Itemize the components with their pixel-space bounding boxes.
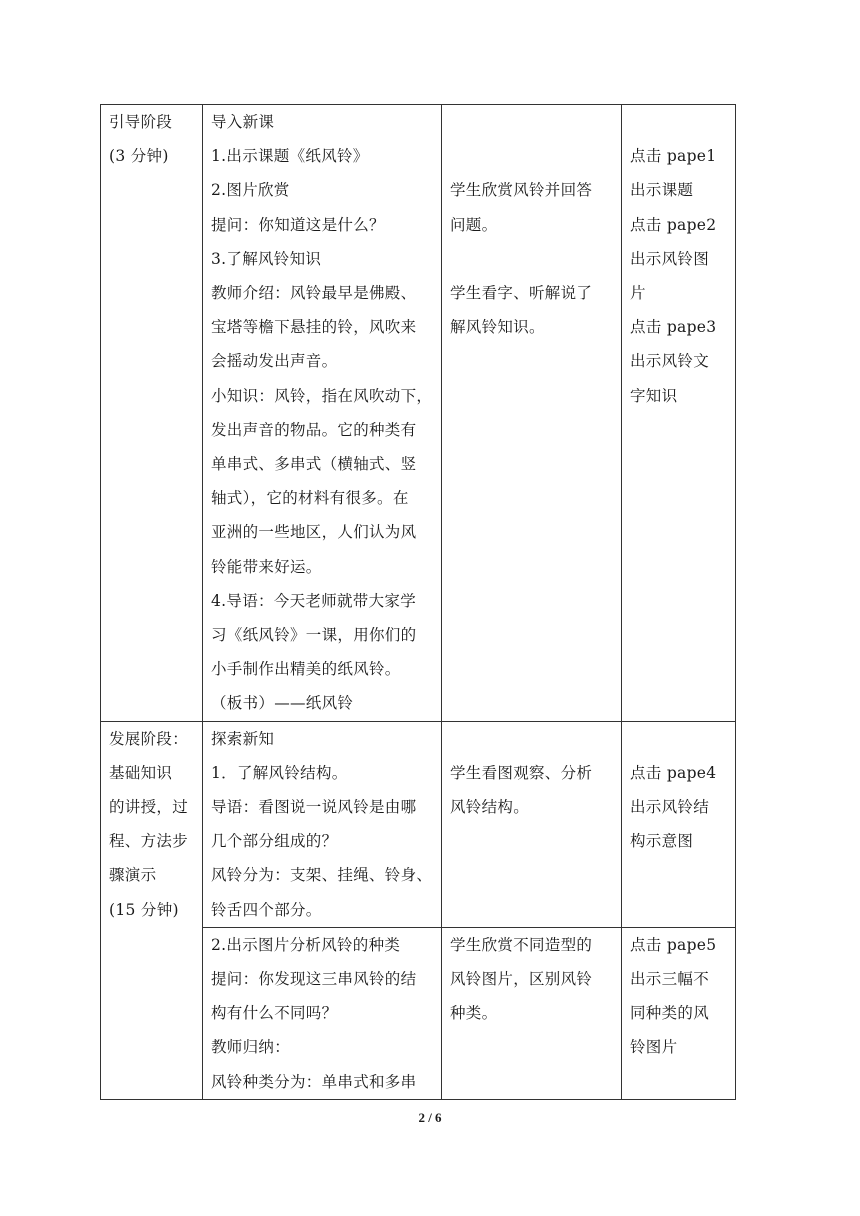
spacer bbox=[450, 242, 615, 276]
media-line: 点击 pape3 bbox=[630, 310, 729, 344]
student-line: 学生看字、听解说了 bbox=[450, 276, 615, 310]
spacer bbox=[630, 105, 729, 139]
teacher-line: 小手制作出精美的纸风铃。 bbox=[211, 652, 435, 686]
stage-line: (15 分钟) bbox=[109, 893, 196, 927]
teacher-line: 导入新课 bbox=[211, 105, 435, 139]
teacher-line: 轴式），它的材料有很多。在 bbox=[211, 481, 435, 515]
media-cell: 点击 pape1 出示课题 点击 pape2 出示风铃图 片 点击 pape3 … bbox=[622, 105, 736, 722]
stage-line: 引导阶段 bbox=[109, 105, 196, 139]
media-line: 点击 pape5 bbox=[630, 928, 729, 962]
teacher-line: 教师归纳： bbox=[211, 1030, 435, 1064]
spacer bbox=[450, 722, 615, 756]
media-line: 出示三幅不 bbox=[630, 962, 729, 996]
stage-cell: 引导阶段 (3 分钟) bbox=[101, 105, 203, 722]
teacher-line: 小知识：风铃，指在风吹动下， bbox=[211, 379, 435, 413]
media-line: 出示风铃图 bbox=[630, 242, 729, 276]
spacer bbox=[630, 722, 729, 756]
student-line: 问题。 bbox=[450, 208, 615, 242]
teacher-line: 单串式、多串式（横轴式、竖 bbox=[211, 447, 435, 481]
media-line: 点击 pape2 bbox=[630, 208, 729, 242]
page-indicator: 2 / 6 bbox=[0, 1110, 860, 1126]
student-line: 学生欣赏风铃并回答 bbox=[450, 173, 615, 207]
stage-line: 发展阶段： bbox=[109, 722, 196, 756]
media-line: 铃图片 bbox=[630, 1030, 729, 1064]
teacher-line: 习《纸风铃》一课，用你们的 bbox=[211, 618, 435, 652]
teacher-line: 发出声音的物品。它的种类有 bbox=[211, 413, 435, 447]
teacher-activity-cell: 导入新课 1.出示课题《纸风铃》 2.图片欣赏 提问：你知道这是什么？ 3.了解… bbox=[203, 105, 442, 722]
teacher-line: 1.出示课题《纸风铃》 bbox=[211, 139, 435, 173]
teacher-line: 2.图片欣赏 bbox=[211, 173, 435, 207]
teacher-line: 铃能带来好运。 bbox=[211, 550, 435, 584]
media-line: 出示风铃结 bbox=[630, 790, 729, 824]
teacher-line: 几个部分组成的？ bbox=[211, 824, 435, 858]
stage-line: 的讲授，过 bbox=[109, 790, 196, 824]
teacher-line: 2.出示图片分析风铃的种类 bbox=[211, 928, 435, 962]
media-line: 出示风铃文 bbox=[630, 344, 729, 378]
teacher-line: 3.了解风铃知识 bbox=[211, 242, 435, 276]
media-cell: 点击 pape4 出示风铃结 构示意图 bbox=[622, 721, 736, 927]
spacer bbox=[450, 139, 615, 173]
media-line: 片 bbox=[630, 276, 729, 310]
teacher-line: 会摇动发出声音。 bbox=[211, 344, 435, 378]
stage-line: 程、方法步 bbox=[109, 824, 196, 858]
lesson-plan-table: 引导阶段 (3 分钟) 导入新课 1.出示课题《纸风铃》 2.图片欣赏 提问：你… bbox=[100, 104, 736, 1100]
student-line: 解风铃知识。 bbox=[450, 310, 615, 344]
teacher-line: 风铃分为：支架、挂绳、铃身、 bbox=[211, 858, 435, 892]
teacher-line: 铃舌四个部分。 bbox=[211, 893, 435, 927]
media-line: 构示意图 bbox=[630, 824, 729, 858]
student-line: 学生看图观察、分析 bbox=[450, 756, 615, 790]
teacher-line: （板书）——纸风铃 bbox=[211, 686, 435, 720]
student-line: 风铃结构。 bbox=[450, 790, 615, 824]
student-activity-cell: 学生欣赏风铃并回答 问题。 学生看字、听解说了 解风铃知识。 bbox=[442, 105, 622, 722]
student-activity-cell: 学生欣赏不同造型的 风铃图片，区别风铃 种类。 bbox=[442, 927, 622, 1099]
teacher-activity-cell: 2.出示图片分析风铃的种类 提问：你发现这三串风铃的结 构有什么不同吗？ 教师归… bbox=[203, 927, 442, 1099]
media-line: 出示课题 bbox=[630, 173, 729, 207]
stage-line: (3 分钟) bbox=[109, 139, 196, 173]
student-line: 学生欣赏不同造型的 bbox=[450, 928, 615, 962]
media-line: 同种类的风 bbox=[630, 996, 729, 1030]
stage-cell: 发展阶段： 基础知识 的讲授，过 程、方法步 骤演示 (15 分钟) bbox=[101, 721, 203, 1099]
teacher-line: 导语：看图说一说风铃是由哪 bbox=[211, 790, 435, 824]
student-line: 风铃图片，区别风铃 bbox=[450, 962, 615, 996]
spacer bbox=[450, 105, 615, 139]
teacher-line: 提问：你知道这是什么？ bbox=[211, 208, 435, 242]
teacher-line: 教师介绍：风铃最早是佛殿、 bbox=[211, 276, 435, 310]
teacher-line: 提问：你发现这三串风铃的结 bbox=[211, 962, 435, 996]
student-activity-cell: 学生看图观察、分析 风铃结构。 bbox=[442, 721, 622, 927]
media-cell: 点击 pape5 出示三幅不 同种类的风 铃图片 bbox=[622, 927, 736, 1099]
teacher-line: 1．了解风铃结构。 bbox=[211, 756, 435, 790]
media-line: 字知识 bbox=[630, 379, 729, 413]
teacher-line: 构有什么不同吗？ bbox=[211, 996, 435, 1030]
table-row-development-stage: 发展阶段： 基础知识 的讲授，过 程、方法步 骤演示 (15 分钟) 探索新知 … bbox=[101, 721, 736, 927]
stage-line: 骤演示 bbox=[109, 858, 196, 892]
media-line: 点击 pape4 bbox=[630, 756, 729, 790]
table-row-guide-stage: 引导阶段 (3 分钟) 导入新课 1.出示课题《纸风铃》 2.图片欣赏 提问：你… bbox=[101, 105, 736, 722]
media-line: 点击 pape1 bbox=[630, 139, 729, 173]
teacher-line: 风铃种类分为：单串式和多串 bbox=[211, 1065, 435, 1099]
teacher-line: 4.导语：今天老师就带大家学 bbox=[211, 584, 435, 618]
teacher-activity-cell: 探索新知 1．了解风铃结构。 导语：看图说一说风铃是由哪 几个部分组成的？ 风铃… bbox=[203, 721, 442, 927]
document-page: 引导阶段 (3 分钟) 导入新课 1.出示课题《纸风铃》 2.图片欣赏 提问：你… bbox=[0, 0, 860, 1216]
teacher-line: 宝塔等檐下悬挂的铃，风吹来 bbox=[211, 310, 435, 344]
stage-line: 基础知识 bbox=[109, 756, 196, 790]
student-line: 种类。 bbox=[450, 996, 615, 1030]
teacher-line: 亚洲的一些地区，人们认为风 bbox=[211, 515, 435, 549]
teacher-line: 探索新知 bbox=[211, 722, 435, 756]
